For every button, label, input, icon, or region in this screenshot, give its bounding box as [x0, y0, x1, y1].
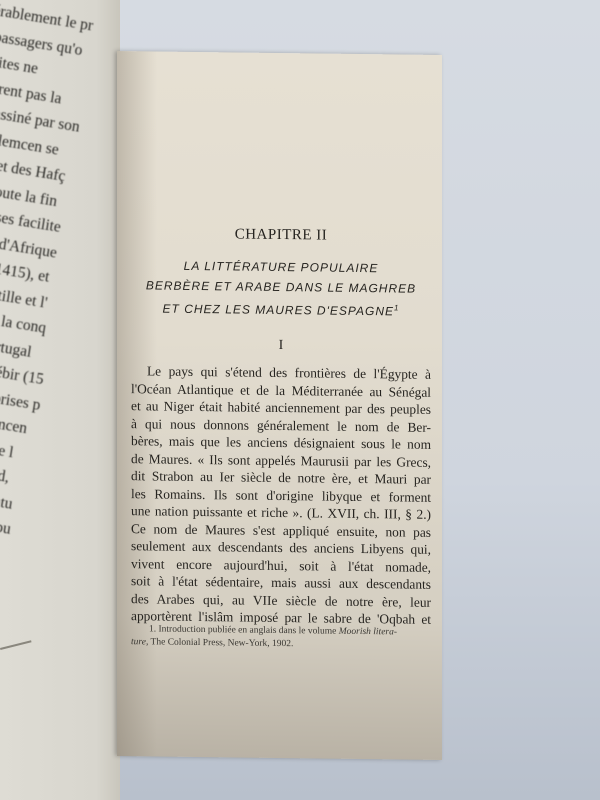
chapter-title: CHAPITRE II — [131, 225, 431, 246]
footnote: 1. Introduction publiée en anglais dans … — [131, 623, 431, 653]
facing-left-page: nsidérablement le pr ccès passagers qu'o… — [0, 0, 120, 800]
left-page-text: nsidérablement le pr ccès passagers qu'o… — [0, 0, 120, 652]
subtitle-line: ET CHEZ LES MAURES D'ESPAGNE1 — [131, 295, 431, 322]
footnote-marker: 1 — [394, 303, 399, 312]
right-page: CHAPITRE II LA LITTÉRATURE POPULAIRE BER… — [117, 51, 442, 760]
chapter-subtitle: LA LITTÉRATURE POPULAIRE BERBÈRE ET ARAB… — [131, 255, 431, 322]
page-content: CHAPITRE II LA LITTÉRATURE POPULAIRE BER… — [131, 51, 431, 55]
section-number: I — [131, 336, 431, 356]
body-text: Le pays qui s'étend des frontières de l'… — [131, 362, 431, 628]
